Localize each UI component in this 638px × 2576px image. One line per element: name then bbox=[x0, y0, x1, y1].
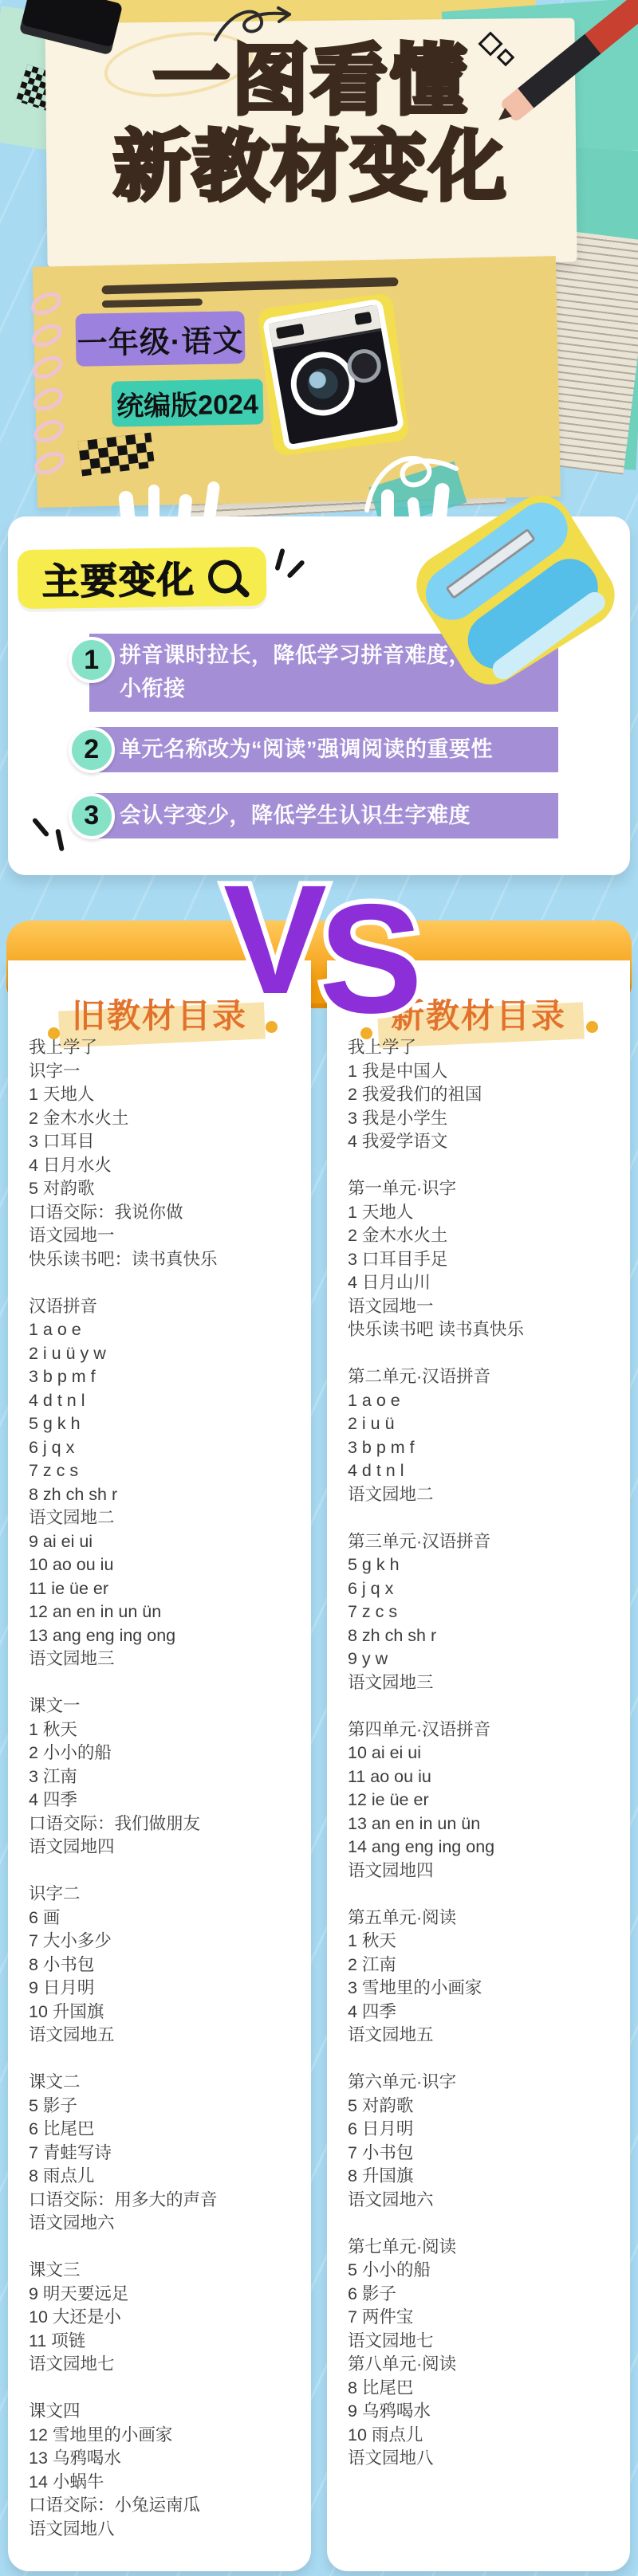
list-item: 12 雪地里的小画家 bbox=[29, 2424, 306, 2448]
list-item: 4 四季 bbox=[29, 1789, 306, 1812]
new-catalog-list: 我上学了1 我是中国人2 我爱我们的祖国3 我是小学生4 我爱学语文第一单元·识… bbox=[348, 1036, 625, 2471]
list-item: 4 四季 bbox=[348, 2001, 625, 2024]
title-line-2: 新教材变化 bbox=[46, 124, 576, 210]
list-item: 语文园地六 bbox=[29, 2212, 306, 2236]
list-spacer bbox=[29, 1271, 306, 1295]
list-item: 5 g k h bbox=[29, 1412, 306, 1436]
list-item: 3 我是小学生 bbox=[348, 1107, 625, 1131]
list-item: 语文园地八 bbox=[29, 2518, 306, 2542]
spiral-binding bbox=[31, 447, 69, 479]
list-item: 4 日月水火 bbox=[29, 1154, 306, 1178]
list-item: 5 小小的船 bbox=[348, 2259, 625, 2283]
torn-edge bbox=[381, 489, 394, 523]
old-catalog-list: 我上学了识字一1 天地人2 金木水火土3 口耳目4 日月水火5 对韵歌口语交际：… bbox=[29, 1036, 306, 2541]
poster-title: 一图看懂 新教材变化 bbox=[46, 38, 576, 211]
list-item: 9 乌鸦喝水 bbox=[348, 2400, 625, 2424]
grade-badge: 一年级·语文 bbox=[75, 311, 245, 367]
list-item: 3 口耳目 bbox=[29, 1130, 306, 1154]
list-item: 7 小书包 bbox=[348, 2142, 625, 2166]
list-item: 语文园地二 bbox=[29, 1506, 306, 1530]
changes-section-badge: 主要变化 bbox=[17, 547, 266, 609]
changes-section-title: 主要变化 bbox=[42, 551, 196, 606]
list-item: 14 小蜗牛 bbox=[29, 2471, 306, 2495]
list-item: 语文园地三 bbox=[29, 1647, 306, 1671]
list-spacer bbox=[29, 1671, 306, 1695]
list-item: 语文园地四 bbox=[29, 1836, 306, 1859]
list-item: 8 zh ch sh r bbox=[29, 1483, 306, 1507]
list-item: 语文园地五 bbox=[348, 2024, 625, 2048]
list-item: 1 我是中国人 bbox=[348, 1060, 625, 1084]
list-item: 第三单元·汉语拼音 bbox=[348, 1530, 625, 1554]
list-item: 8 雨点儿 bbox=[29, 2165, 306, 2189]
list-item: 5 g k h bbox=[348, 1553, 625, 1577]
list-spacer bbox=[348, 1883, 625, 1906]
list-item: 7 z c s bbox=[348, 1600, 625, 1624]
torn-edge bbox=[148, 485, 159, 521]
vs-letter-v: V bbox=[223, 853, 319, 1027]
change-item-3-number: 3 bbox=[69, 793, 115, 839]
list-item: 4 日月山川 bbox=[348, 1271, 625, 1295]
list-item: 第二单元·汉语拼音 bbox=[348, 1365, 625, 1389]
list-item: 2 i u ü y w bbox=[29, 1342, 306, 1366]
list-spacer bbox=[29, 1859, 306, 1883]
spiral-binding bbox=[27, 288, 65, 320]
list-item: 12 an en in un ün bbox=[29, 1600, 306, 1624]
list-item: 汉语拼音 bbox=[29, 1295, 306, 1319]
list-item: 1 秋天 bbox=[29, 1718, 306, 1742]
magnifier-icon bbox=[208, 560, 242, 594]
edition-badge: 统编版2024 bbox=[112, 379, 264, 426]
list-item: 2 金木水火土 bbox=[348, 1224, 625, 1248]
list-item: 6 影子 bbox=[348, 2283, 625, 2307]
list-item: 10 大还是小 bbox=[29, 2306, 306, 2330]
list-item: 3 b p m f bbox=[348, 1436, 625, 1460]
list-spacer bbox=[348, 2212, 625, 2236]
list-item: 语文园地三 bbox=[348, 1671, 625, 1695]
list-spacer bbox=[348, 1694, 625, 1718]
handdrawn-line bbox=[102, 298, 203, 308]
list-item: 5 对韵歌 bbox=[348, 2095, 625, 2119]
list-item: 3 b p m f bbox=[29, 1365, 306, 1389]
list-item: 口语交际：我说你做 bbox=[29, 1201, 306, 1225]
list-item: 2 我爱我们的祖国 bbox=[348, 1083, 625, 1107]
camera-icon bbox=[262, 298, 405, 451]
list-spacer bbox=[348, 1342, 625, 1366]
list-item: 4 我爱学语文 bbox=[348, 1130, 625, 1154]
list-item: 8 小书包 bbox=[29, 1954, 306, 1977]
number-label: 3 bbox=[84, 795, 99, 837]
list-item: 8 zh ch sh r bbox=[348, 1624, 625, 1648]
list-item: 4 d t n l bbox=[348, 1459, 625, 1483]
list-item: 11 ie üe er bbox=[29, 1577, 306, 1601]
list-item: 9 明天要远足 bbox=[29, 2283, 306, 2307]
list-item: 识字二 bbox=[29, 1883, 306, 1906]
list-item: 语文园地一 bbox=[348, 1295, 625, 1319]
list-item: 13 乌鸦喝水 bbox=[29, 2447, 306, 2471]
change-item-2-text: 单元名称改为“阅读”强调阅读的重要性 bbox=[120, 733, 493, 767]
list-item: 口语交际：我们做朋友 bbox=[29, 1812, 306, 1836]
list-item: 13 an en in un ün bbox=[348, 1812, 625, 1836]
vs-divider: VS bbox=[0, 862, 638, 1018]
list-item: 9 y w bbox=[348, 1647, 625, 1671]
list-item: 2 小小的船 bbox=[29, 1742, 306, 1765]
list-item: 2 i u ü bbox=[348, 1412, 625, 1436]
spiral-binding bbox=[28, 320, 65, 351]
list-item: 10 雨点儿 bbox=[348, 2424, 625, 2448]
change-item-1-number: 1 bbox=[69, 637, 115, 683]
spiral-binding bbox=[30, 383, 67, 415]
list-item: 7 两件宝 bbox=[348, 2306, 625, 2330]
list-item: 语文园地六 bbox=[348, 2189, 625, 2213]
list-item: 语文园地一 bbox=[29, 1224, 306, 1248]
list-spacer bbox=[348, 2048, 625, 2071]
list-item: 6 画 bbox=[29, 1906, 306, 1930]
list-item: 2 金木水火土 bbox=[29, 1107, 306, 1131]
handdrawn-line bbox=[101, 277, 398, 294]
list-item: 语文园地八 bbox=[348, 2447, 625, 2471]
new-catalog-panel: 新教材目录 我上学了1 我是中国人2 我爱我们的祖国3 我是小学生4 我爱学语文… bbox=[327, 960, 630, 2571]
list-item: 语文园地七 bbox=[29, 2353, 306, 2377]
list-item: 5 影子 bbox=[29, 2095, 306, 2119]
list-item: 10 ai ei ui bbox=[348, 1742, 625, 1765]
list-spacer bbox=[348, 1506, 625, 1530]
list-spacer bbox=[348, 1154, 625, 1178]
list-item: 8 比尾巴 bbox=[348, 2377, 625, 2401]
change-item-2: 2 单元名称改为“阅读”强调阅读的重要性 bbox=[89, 727, 558, 772]
vs-letter-s: S bbox=[319, 882, 415, 1037]
list-spacer bbox=[29, 2377, 306, 2401]
list-item: 快乐读书吧 读书真快乐 bbox=[348, 1318, 625, 1342]
list-item: 3 江南 bbox=[29, 1765, 306, 1789]
list-item: 9 ai ei ui bbox=[29, 1530, 306, 1554]
list-item: 1 a o e bbox=[348, 1389, 625, 1413]
list-item: 第七单元·阅读 bbox=[348, 2236, 625, 2260]
list-item: 课文四 bbox=[29, 2400, 306, 2424]
list-item: 第五单元·阅读 bbox=[348, 1906, 625, 1930]
list-item: 1 天地人 bbox=[29, 1083, 306, 1107]
list-item: 8 升国旗 bbox=[348, 2165, 625, 2189]
list-item: 9 日月明 bbox=[29, 1977, 306, 2001]
list-item: 7 青蛙写诗 bbox=[29, 2142, 306, 2166]
camera-body bbox=[262, 298, 405, 451]
list-item: 口语交际：用多大的声音 bbox=[29, 2189, 306, 2213]
list-spacer bbox=[29, 2048, 306, 2071]
torn-edge bbox=[177, 493, 192, 523]
list-item: 10 升国旗 bbox=[29, 2001, 306, 2024]
old-catalog-panel: 旧教材目录 我上学了识字一1 天地人2 金木水火土3 口耳目4 日月水火5 对韵… bbox=[8, 960, 311, 2571]
list-item: 4 d t n l bbox=[29, 1389, 306, 1413]
list-item: 语文园地四 bbox=[348, 1859, 625, 1883]
list-item: 11 项链 bbox=[29, 2330, 306, 2354]
list-item: 语文园地二 bbox=[348, 1483, 625, 1507]
list-item: 第八单元·阅读 bbox=[348, 2353, 625, 2377]
list-item: 识字一 bbox=[29, 1060, 306, 1084]
grade-badge-label: 一年级·语文 bbox=[77, 316, 244, 363]
list-item: 7 z c s bbox=[29, 1459, 306, 1483]
list-item: 7 大小多少 bbox=[29, 1930, 306, 1954]
list-item: 快乐读书吧：读书真快乐 bbox=[29, 1248, 306, 1272]
change-item-2-number: 2 bbox=[69, 727, 115, 773]
list-item: 14 ang eng ing ong bbox=[348, 1836, 625, 1859]
list-item: 3 口耳目手足 bbox=[348, 1248, 625, 1272]
list-item: 13 ang eng ing ong bbox=[29, 1624, 306, 1648]
list-item: 11 ao ou iu bbox=[348, 1765, 625, 1789]
list-item: 语文园地七 bbox=[348, 2330, 625, 2354]
edition-badge-label: 统编版2024 bbox=[116, 382, 258, 423]
list-item: 课文二 bbox=[29, 2071, 306, 2095]
list-item: 语文园地五 bbox=[29, 2024, 306, 2048]
list-item: 口语交际：小兔运南瓜 bbox=[29, 2494, 306, 2518]
list-item: 第一单元·识字 bbox=[348, 1177, 625, 1201]
list-item: 6 比尾巴 bbox=[29, 2118, 306, 2142]
poster: 一图看懂 新教材变化 一年级·语文 统编版2024 bbox=[0, 0, 638, 2576]
list-item: 5 对韵歌 bbox=[29, 1177, 306, 1201]
number-label: 2 bbox=[84, 728, 99, 771]
list-item: 6 j q x bbox=[348, 1577, 625, 1601]
list-item: 课文三 bbox=[29, 2259, 306, 2283]
list-item: 10 ao ou iu bbox=[29, 1553, 306, 1577]
list-item: 1 天地人 bbox=[348, 1201, 625, 1225]
list-item: 第四单元·汉语拼音 bbox=[348, 1718, 625, 1742]
list-item: 课文一 bbox=[29, 1694, 306, 1718]
change-item-3-text: 会认字变少，降低学生认识生字难度 bbox=[120, 799, 471, 833]
spiral-binding bbox=[29, 351, 66, 383]
camera-lens-glass bbox=[305, 366, 341, 401]
change-item-3: 3 会认字变少，降低学生认识生字难度 bbox=[89, 793, 558, 838]
title-line-1: 一图看懂 bbox=[46, 38, 576, 124]
list-spacer bbox=[29, 2236, 306, 2260]
spiral-binding bbox=[30, 415, 68, 447]
list-item: 2 江南 bbox=[348, 1954, 625, 1977]
list-item: 第六单元·识字 bbox=[348, 2071, 625, 2095]
list-item: 6 j q x bbox=[29, 1436, 306, 1460]
list-item: 1 秋天 bbox=[348, 1930, 625, 1954]
list-item: 1 a o e bbox=[29, 1318, 306, 1342]
list-item: 6 日月明 bbox=[348, 2118, 625, 2142]
list-item: 3 雪地里的小画家 bbox=[348, 1977, 625, 2001]
number-label: 1 bbox=[84, 639, 99, 681]
list-item: 12 ie üe er bbox=[348, 1789, 625, 1812]
